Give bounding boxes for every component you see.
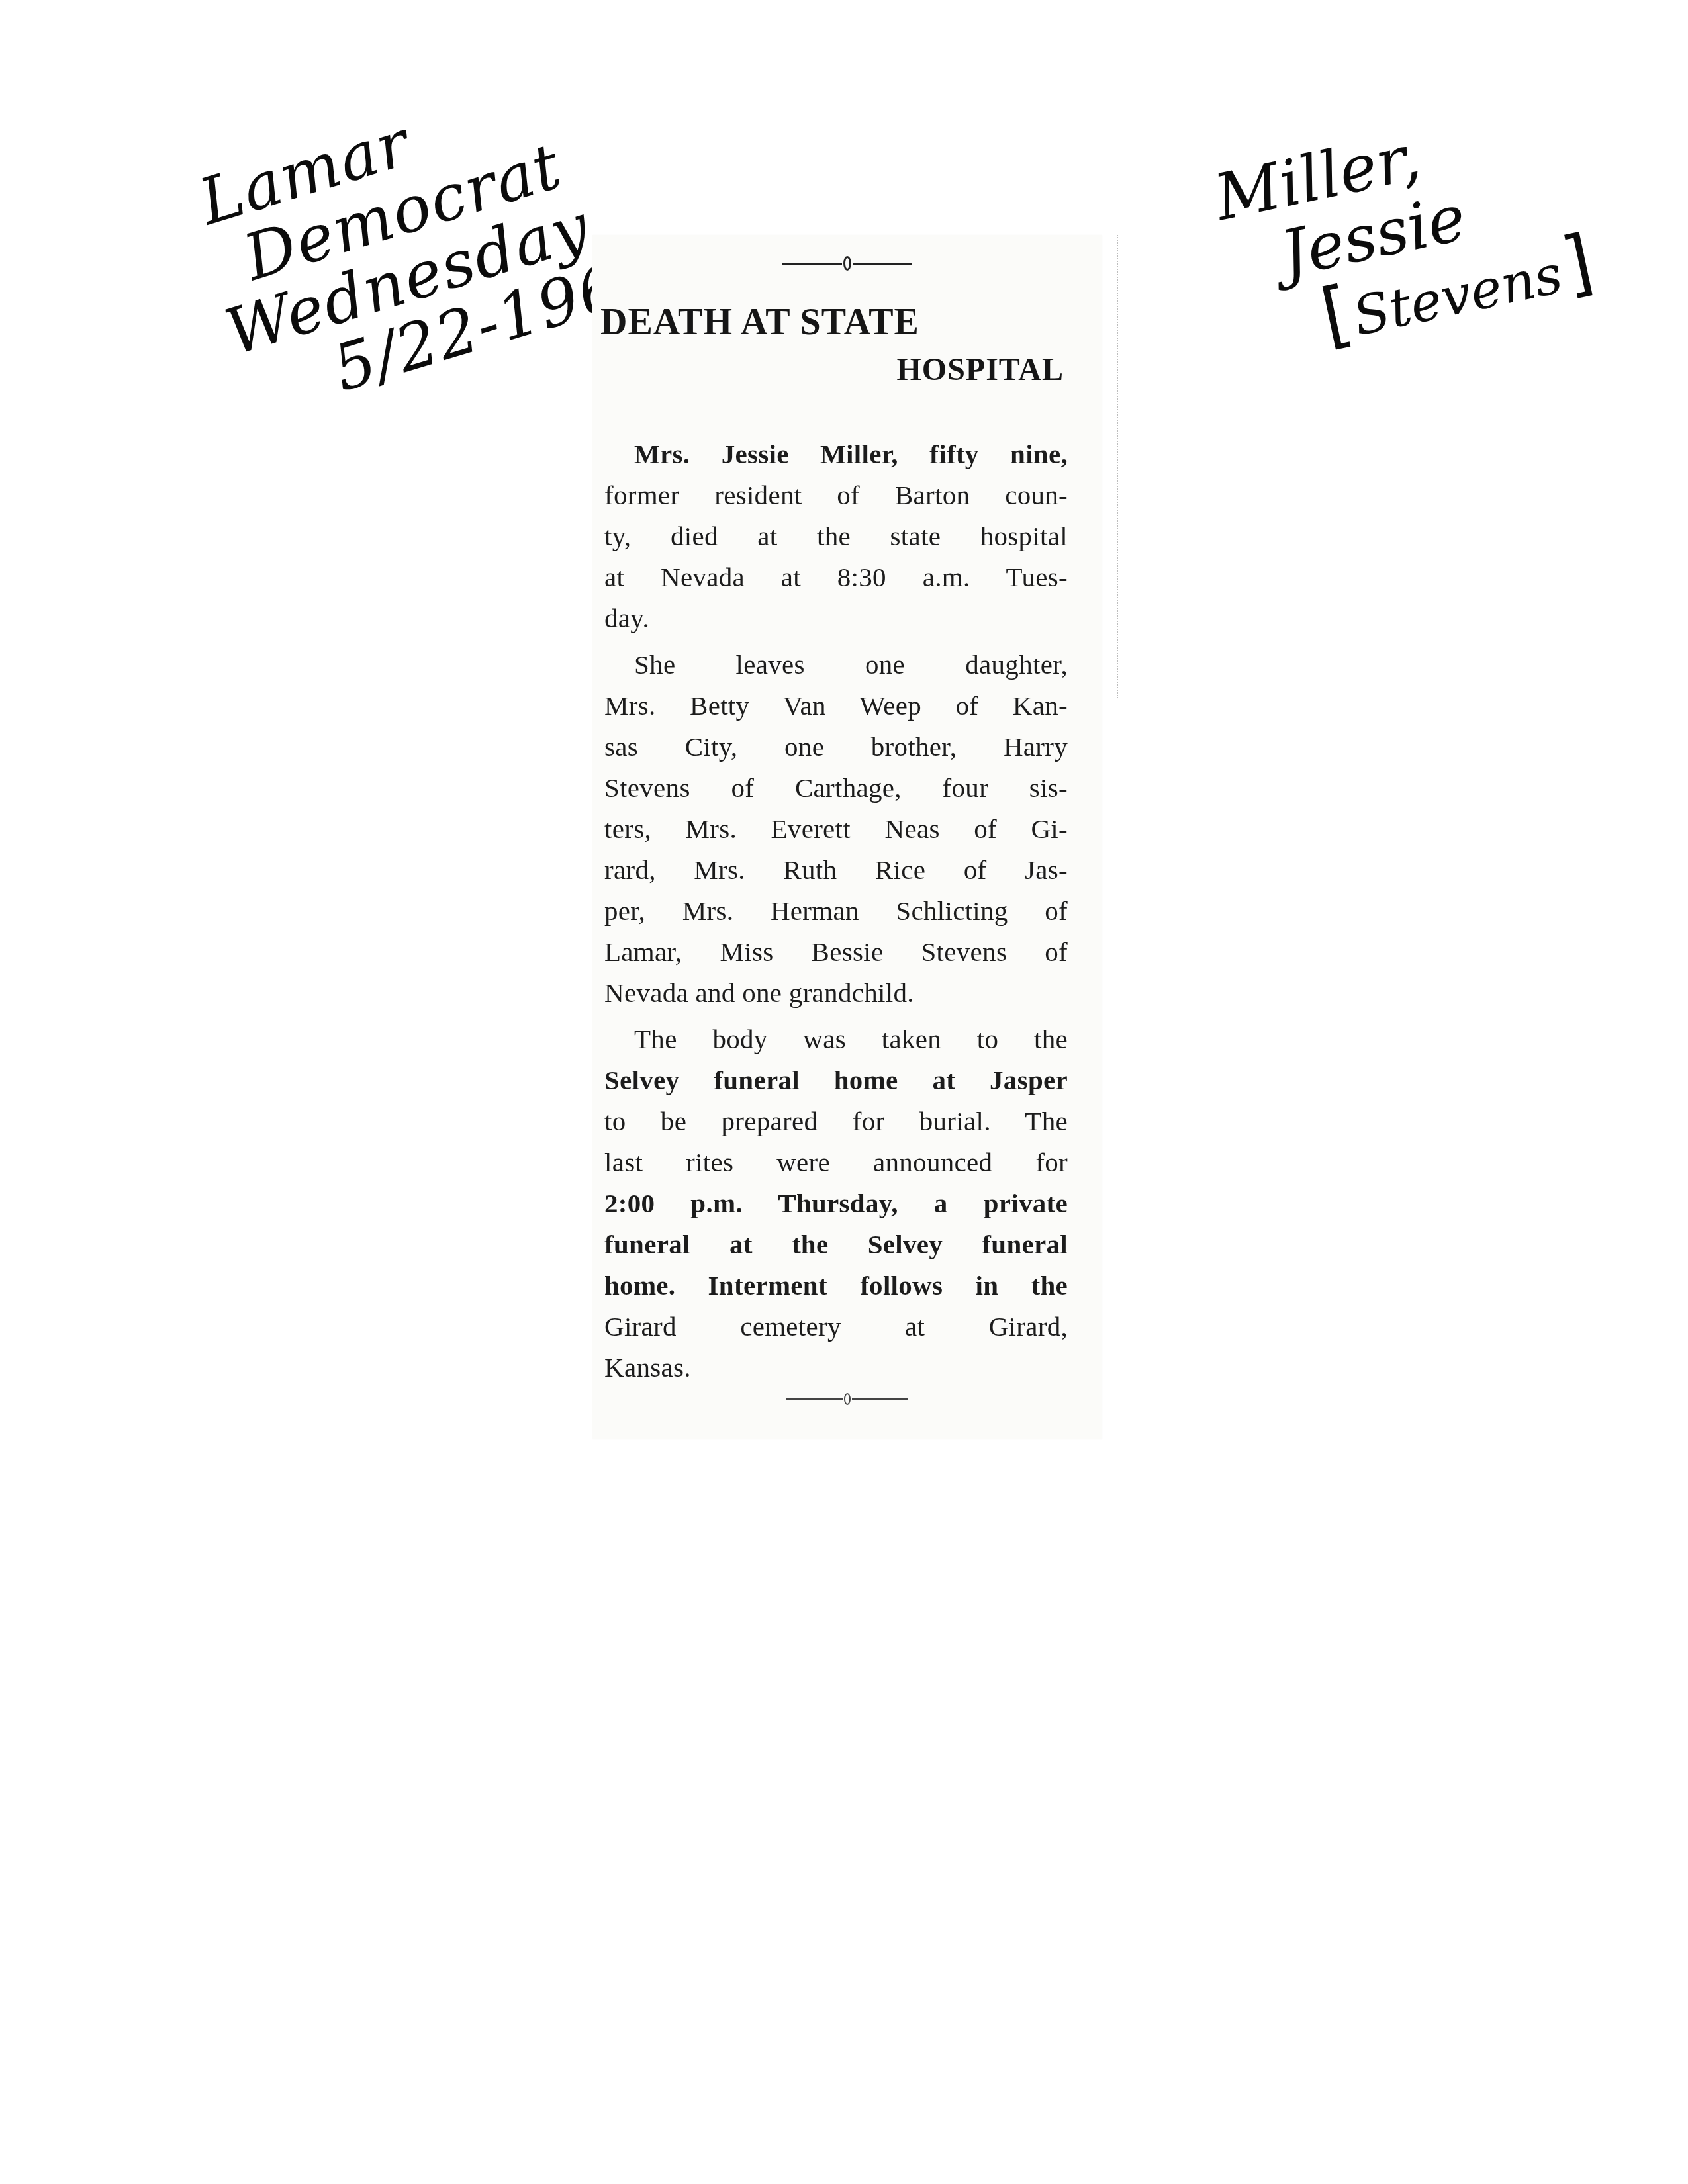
article-line: sas City, one brother, Harry	[604, 726, 1068, 767]
divider-ring-icon	[844, 1393, 851, 1405]
divider-rule	[853, 263, 912, 265]
article-line: former resident of Barton coun-	[604, 475, 1068, 516]
article-body: Mrs. Jessie Miller, fifty nine, former r…	[604, 433, 1068, 1388]
article-line: at Nevada at 8:30 a.m. Tues-	[604, 557, 1068, 598]
article-line: ters, Mrs. Everett Neas of Gi-	[604, 808, 1068, 849]
article-line: Kansas.	[604, 1347, 1068, 1388]
article-headline: DEATH AT STATE HOSPITAL	[600, 301, 1090, 391]
article-line: Lamar, Miss Bessie Stevens of	[604, 931, 1068, 972]
top-divider-ornament	[782, 256, 912, 271]
newspaper-clipping: DEATH AT STATE HOSPITAL Mrs. Jessie Mill…	[592, 235, 1102, 1439]
article-line: 2:00 p.m. Thursday, a private	[604, 1183, 1068, 1224]
headline-line2: HOSPITAL	[600, 349, 1064, 391]
article-line: ty, died at the state hospital	[604, 516, 1068, 557]
article-paragraph: Mrs. Jessie Miller, fifty nine, former r…	[604, 433, 1068, 639]
article-line: She leaves one daughter,	[604, 644, 1068, 685]
divider-rule	[786, 1398, 843, 1400]
headline-line1: DEATH AT STATE	[600, 301, 1090, 343]
article-line: Nevada and one grandchild.	[604, 972, 1068, 1013]
article-line: rard, Mrs. Ruth Rice of Jas-	[604, 849, 1068, 890]
article-line: Mrs. Jessie Miller, fifty nine,	[604, 433, 1068, 475]
divider-rule	[782, 263, 842, 265]
article-line: Stevens of Carthage, four sis-	[604, 767, 1068, 808]
article-line: The body was taken to the	[604, 1019, 1068, 1060]
article-line: day.	[604, 598, 1068, 639]
handwritten-name-note: Miller, Jessie [Stevens]	[1196, 102, 1556, 401]
article-paragraph: The body was taken to the Selvey funeral…	[604, 1019, 1068, 1388]
bottom-divider-ornament	[786, 1393, 908, 1405]
divider-rule	[852, 1398, 908, 1400]
bracket-left-mark: [	[1313, 270, 1359, 359]
article-line: Selvey funeral home at Jasper	[604, 1060, 1068, 1101]
article-paragraph: She leaves one daughter, Mrs. Betty Van …	[604, 644, 1068, 1013]
article-line: home. Interment follows in the	[604, 1265, 1068, 1306]
article-line: Girard cemetery at Girard,	[604, 1306, 1068, 1347]
handwritten-source-note: Lamar Democrat Wednesday 5/22-1968	[179, 83, 573, 467]
article-line: to be prepared for burial. The	[604, 1101, 1068, 1142]
article-line: Mrs. Betty Van Weep of Kan-	[604, 685, 1068, 726]
article-line: last rites were announced for	[604, 1142, 1068, 1183]
article-line: funeral at the Selvey funeral	[604, 1224, 1068, 1265]
clipping-edge-marks	[1111, 235, 1118, 698]
article-line: per, Mrs. Herman Schlicting of	[604, 890, 1068, 931]
divider-ring-icon	[843, 256, 851, 271]
